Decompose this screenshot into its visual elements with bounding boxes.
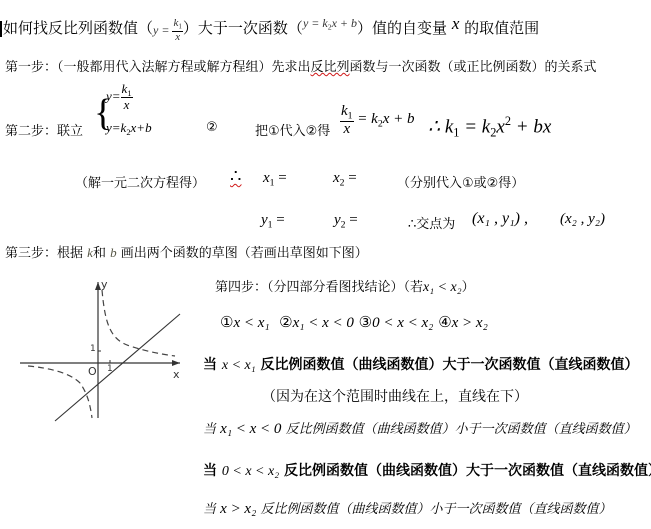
- conclusion-3-condition: 0 < x < x₂: [222, 464, 279, 479]
- graph-svg: [15, 278, 185, 423]
- case-2-expr: x₁ < x < 0: [293, 315, 354, 331]
- conclusion-3-prefix: 当: [203, 463, 217, 479]
- intersection-point-1: (x₁ , y₁) ,: [472, 210, 528, 228]
- therefore-symbol: ∴: [230, 166, 241, 187]
- spellcheck-word[interactable]: 反比列: [311, 60, 350, 75]
- conclusion-1-condition: x < x₁: [222, 358, 256, 373]
- circle-two: ②: [206, 120, 218, 135]
- graph-origin-label: O: [88, 365, 97, 378]
- x2-equals: x2 =: [333, 170, 357, 188]
- b-variable: b: [110, 245, 117, 260]
- y1-equals: y1 =: [261, 212, 285, 230]
- case-3-expr: 0 < x < x₂: [372, 315, 433, 331]
- y2-equals: y2 =: [334, 212, 358, 230]
- title-suffix1: ）值的自变量: [357, 19, 447, 37]
- substitute-note: （分别代入①或②得）: [397, 172, 524, 191]
- conclusion-2-prefix: 当: [203, 422, 216, 437]
- solve-label: （解一元二次方程得）: [75, 172, 205, 191]
- conclusion-4-prefix: 当: [203, 502, 216, 517]
- conclusion-4: 当 x > x₂ 反比例函数值（曲线函数值）小于一次函数值（直线函数值）: [203, 498, 611, 518]
- step3-line: 第三步：根据 k和 b 画出两个函数的草图（若画出草图如下图）: [5, 242, 368, 261]
- system-equation-2: y=k2x+b: [106, 120, 152, 137]
- linear-function-formula: y = k2x + b: [303, 16, 357, 30]
- title-mid: ）大于一次函数（: [183, 19, 303, 37]
- graph-tick-x: 1: [107, 364, 113, 374]
- case-1-expr: x < x₁: [233, 315, 269, 331]
- conclusion-1: 当 x < x₁ 反比例函数值（曲线函数值）大于一次函数值（直线函数值）: [203, 354, 639, 374]
- conclusion-2: 当 x₁ < x < 0 反比例函数值（曲线函数值）小于一次函数值（直线函数值）: [203, 418, 637, 438]
- conclusion-4-text: 反比例函数值（曲线函数值）小于一次函数值（直线函数值）: [260, 502, 611, 517]
- and-text: 和: [93, 246, 106, 261]
- graph-tick-y: 1: [90, 344, 96, 354]
- step1-line: 第一步：（一般都用代入法解方程或解方程组）先求出反比列函数与一次函数（或正比例函…: [5, 56, 597, 75]
- function-graph: y x O 1 1: [15, 278, 185, 423]
- case-4-expr: x > x₂: [452, 315, 488, 331]
- step4-label: 第四步：（分四部分看图找结论）（若: [215, 280, 423, 295]
- conclusion-reason: （因为在这个范围时曲线在上，直线在下）: [262, 386, 528, 406]
- text-cursor: [0, 21, 2, 37]
- conclusion-3-text: 反比例函数值（曲线函数值）大于一次函数值（直线函数值）: [284, 463, 651, 479]
- intersection-point-2: (x₂ , y₂): [560, 211, 605, 228]
- inverse-function-formula: y = k1x: [153, 22, 183, 36]
- substitute-text: 把①代入②得: [255, 120, 330, 139]
- conclusion-reason-text: （因为在这个范围时曲线在上，直线在下）: [262, 389, 528, 405]
- x1-equals: x1 =: [263, 170, 287, 188]
- system-equation-1: y=k1x: [106, 82, 133, 111]
- step1-rest: 函数与一次函数（或正比例函数）的关系式: [350, 60, 597, 75]
- step2-label: 第二步：联立: [5, 120, 83, 139]
- conclusion-2-text: 反比例函数值（曲线函数值）小于一次函数值（直线函数值）: [286, 422, 637, 437]
- title-suffix2: 的取值范围: [464, 19, 539, 37]
- cases-row: ①x < x₁ ②x₁ < x < 0 ③0 < x < x₂ ④x > x₂: [220, 313, 488, 332]
- step4-close: ）: [462, 280, 475, 295]
- conclusion-4-condition: x > x₂: [220, 501, 256, 517]
- case-4-number: ④: [438, 313, 451, 331]
- step4-line: 第四步：（分四部分看图找结论）（若x₁ < x₂）: [215, 276, 475, 296]
- variable-x: x: [452, 14, 460, 33]
- conclusion-1-text: 反比例函数值（曲线函数值）大于一次函数值（直线函数值）: [261, 357, 639, 373]
- conclusion-2-condition: x₁ < x < 0: [220, 421, 281, 437]
- case-3-number: ③: [359, 313, 372, 331]
- graph-y-label: y: [101, 278, 108, 291]
- substituted-equation: k1x = k2x + b: [340, 104, 414, 137]
- document-title: 如何找反比列函数值（y = k1x）大于一次函数（y = k2x + b）值的自…: [0, 14, 539, 43]
- intersection-label: ∴交点为: [408, 213, 455, 232]
- step4-condition: x₁ < x₂: [423, 280, 462, 295]
- step1-label: 第一步：（一般都用代入法解方程或解方程组）先求出: [5, 60, 311, 75]
- case-2-number: ②: [279, 313, 292, 331]
- title-prefix: 如何找反比列函数值（: [3, 19, 153, 37]
- graph-x-label: x: [173, 368, 180, 381]
- step3-label: 第三步：根据: [5, 246, 83, 261]
- conclusion-1-prefix: 当: [203, 357, 217, 373]
- step3-rest: 画出两个函数的草图（若画出草图如下图）: [121, 246, 368, 261]
- conclusion-3: 当 0 < x < x₂ 反比例函数值（曲线函数值）大于一次函数值（直线函数值）: [203, 460, 651, 480]
- quadratic-equation: ∴ k1 = k2x2 + bx: [428, 114, 551, 141]
- case-1-number: ①: [220, 313, 233, 331]
